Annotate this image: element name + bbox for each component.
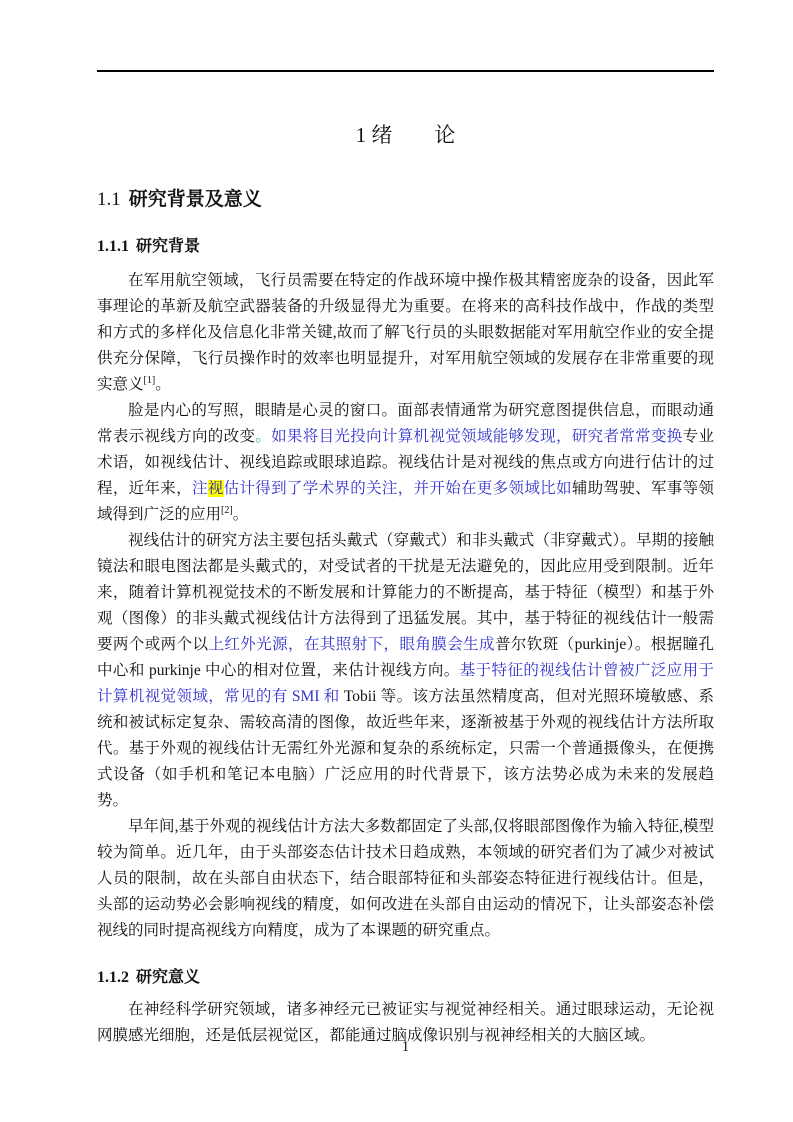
- blue-text-run: 注: [192, 480, 208, 497]
- subsection-heading-1-1-2: 1.1.2研究意义: [97, 968, 714, 987]
- subsection-number: 1.1.1: [97, 238, 129, 255]
- section-heading-1-1: 1.1研究背景及意义: [97, 188, 714, 211]
- green-period-run: 。: [255, 428, 271, 445]
- text-run: 。: [155, 376, 171, 393]
- subsection-title-text: 研究背景: [136, 238, 200, 255]
- page-content: 1 绪 论 1.1研究背景及意义 1.1.1研究背景 在军用航空领域，飞行员需要…: [97, 0, 714, 1049]
- blue-text-run: 上红外光源，在其照射下，眼角膜会生成: [208, 636, 495, 653]
- text-run: 视线估计的研究方法主要包括头戴式（穿戴式）和非头戴式（非穿戴式）。早期的接触镜法…: [97, 532, 714, 653]
- blue-text-run: 如果将目光投向计算机视觉领域能够发现，研究者常常变换: [271, 428, 683, 445]
- subsection-number: 1.1.2: [97, 969, 129, 986]
- paragraph-methods: 视线估计的研究方法主要包括头戴式（穿戴式）和非头戴式（非穿戴式）。早期的接触镜法…: [97, 528, 714, 814]
- body-text: 在军用航空领域，飞行员需要在特定的作战环境中操作极其精密庞杂的设备，因此军事理论…: [97, 268, 714, 944]
- text-run: 。: [233, 506, 249, 523]
- blue-text-run: 估计得到了学术界的关注，并开始在更多领域比如: [224, 480, 572, 497]
- document-page: 1 绪 论 1.1研究背景及意义 1.1.1研究背景 在军用航空领域，飞行员需要…: [0, 0, 793, 1122]
- citation-ref-1: [1]: [144, 375, 156, 386]
- text-run: 早年间,基于外观的视线估计方法大多数都固定了头部,仅将眼部图像作为输入特征,模型…: [97, 818, 714, 939]
- paragraph-gaze-intro: 脸是内心的写照，眼睛是心灵的窗口。面部表情通常为研究意图提供信息，而眼动通常表示…: [97, 398, 714, 528]
- section-title-text: 研究背景及意义: [129, 189, 262, 210]
- text-run: 在军用航空领域，飞行员需要在特定的作战环境中操作极其精密庞杂的设备，因此军事理论…: [97, 272, 714, 393]
- chapter-title: 1 绪 论: [97, 123, 714, 148]
- subsection-title-text: 研究意义: [136, 969, 200, 986]
- paragraph-head-pose: 早年间,基于外观的视线估计方法大多数都固定了头部,仅将眼部图像作为输入特征,模型…: [97, 814, 714, 944]
- subsection-heading-1-1-1: 1.1.1研究背景: [97, 237, 714, 256]
- highlighted-char: 视: [208, 480, 224, 497]
- paragraph-military-aviation: 在军用航空领域，飞行员需要在特定的作战环境中操作极其精密庞杂的设备，因此军事理论…: [97, 268, 714, 398]
- text-run: Tobii 等。该方法虽然精度高，但对光照环境敏感、系统和被试标定复杂、需较高清…: [97, 688, 714, 809]
- section-number: 1.1: [97, 189, 121, 210]
- header-rule: [97, 70, 714, 72]
- page-number: 1: [97, 1036, 714, 1058]
- citation-ref-2: [2]: [221, 505, 233, 516]
